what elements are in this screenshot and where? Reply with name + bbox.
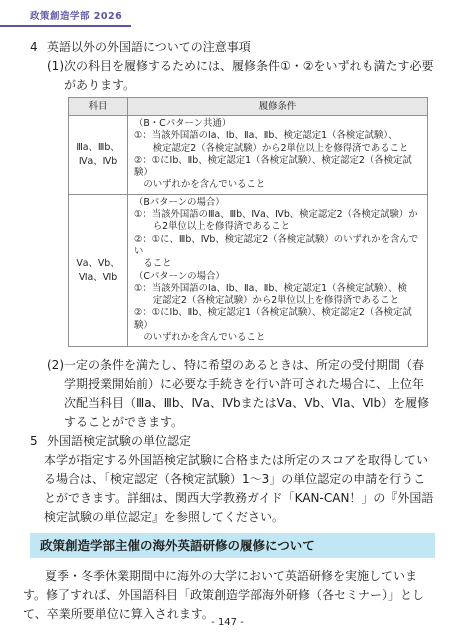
table-row: Ⅴa、Ⅴb、 Ⅵa、Ⅵb （Bパターンの場合） ①：当該外国語のⅢa、Ⅲb、Ⅳa… [69,194,428,347]
subject-cell: Ⅲa、Ⅲb、 Ⅳa、Ⅳb [69,116,128,195]
highlight-section-body: 夏季・冬季休業期間中に海外の大学において英語研修を実施しています。修了すれば、外… [23,567,435,624]
section-5-title: 外国語検定試験の単位認定 [47,432,191,451]
column-header-condition: 履修条件 [128,98,428,116]
column-header-subject: 科目 [69,98,128,116]
item-1-text: 次の科目を履修するためには、履修条件①・②をいずれも満たす必要があります。 [64,57,435,95]
page-number: - 147 - [0,617,455,628]
section-5-body: 本学が指定する外国語検定試験に合格または所定のスコアを取得している場合は、「検定… [44,451,435,527]
faculty-year-label: 政策創造学部 2026 [30,8,122,22]
condition-cell: （Bパターンの場合） ①：当該外国語のⅢa、Ⅲb、Ⅳa、Ⅳb、検定認定2（各検定… [128,194,428,347]
header-rule [0,25,131,27]
section-5-heading: 5 外国語検定試験の単位認定 [30,432,435,451]
page-header: 政策創造学部 2026 [0,0,455,27]
document-page: { "page": { "header_label": "政策創造学部 2026… [0,0,455,644]
section-4-heading: 4 英語以外の外国語についての注意事項 [30,38,435,57]
item-1-label: (1) [47,57,64,95]
section-4-item-2: (2) 一定の条件を満たし、特に希望のあるときは、所定の受付期間（春学期授業開始… [47,356,435,432]
section-4-number: 4 [30,38,47,57]
section-5-number: 5 [30,432,47,451]
highlight-section-title: 政策創造学部主催の海外英語研修の履修について [30,533,435,558]
condition-cell: （B・Cパターン共通） ①：当該外国語のⅠa、Ⅰb、Ⅱa、Ⅱb、検定認定1（各検… [128,116,428,195]
page-content: 4 英語以外の外国語についての注意事項 (1) 次の科目を履修するためには、履修… [23,38,435,624]
item-2-label: (2) [47,356,64,432]
table-header-row: 科目 履修条件 [69,98,428,116]
section-4-title: 英語以外の外国語についての注意事項 [47,38,251,57]
item-2-text: 一定の条件を満たし、特に希望のあるときは、所定の受付期間（春学期授業開始前）に必… [64,356,435,432]
subject-cell: Ⅴa、Ⅴb、 Ⅵa、Ⅵb [69,194,128,347]
section-4-item-1: (1) 次の科目を履修するためには、履修条件①・②をいずれも満たす必要があります… [47,57,435,95]
requirements-table: 科目 履修条件 Ⅲa、Ⅲb、 Ⅳa、Ⅳb （B・Cパターン共通） ①：当該外国語… [68,97,428,347]
table-row: Ⅲa、Ⅲb、 Ⅳa、Ⅳb （B・Cパターン共通） ①：当該外国語のⅠa、Ⅰb、Ⅱ… [69,116,428,195]
